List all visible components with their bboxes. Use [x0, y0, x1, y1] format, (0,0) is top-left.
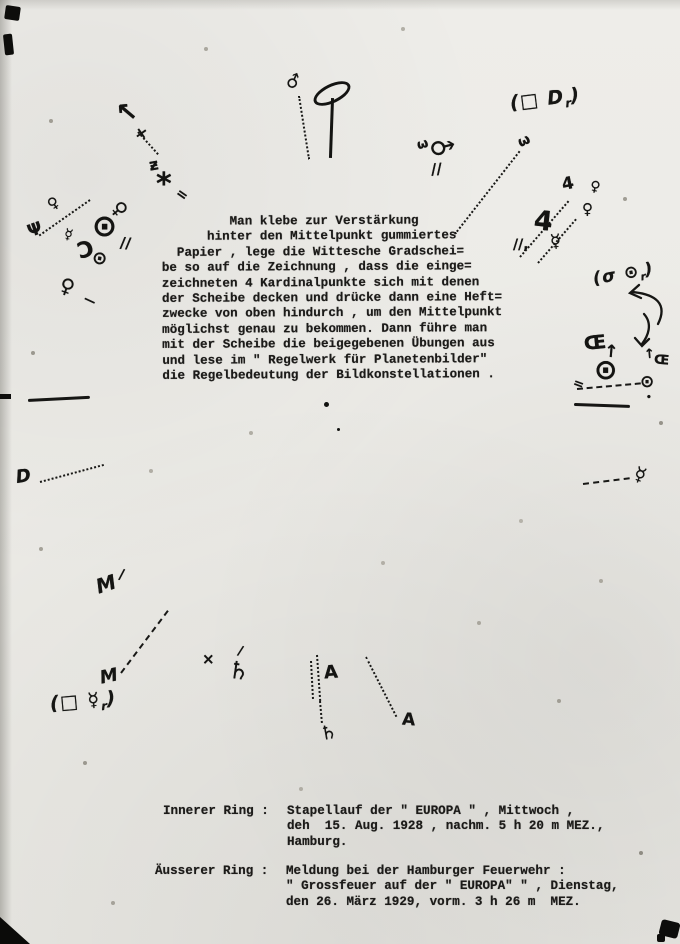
dotted-connector [40, 464, 104, 483]
hatch-strokes: = [571, 377, 586, 393]
trident-icon: Ψ [26, 220, 45, 241]
hatch-strokes: // [119, 236, 131, 252]
dotted-connector [365, 657, 397, 718]
arrow-up-left-icon: ↖ [115, 99, 139, 127]
mercury-icon: ☿ [549, 233, 562, 252]
ink-dot: • [646, 394, 652, 403]
scan-artifact-edge-mark [0, 394, 11, 399]
scan-artifact-blob [657, 934, 665, 942]
annotation-text: ) [569, 84, 582, 107]
venus-icon: ♀ [45, 194, 63, 213]
star-glyph: * [156, 170, 172, 200]
dotted-connector [319, 701, 323, 723]
sun-icon: ⊙ [640, 374, 654, 391]
sun-icon: ⊙ [594, 356, 617, 384]
annotation-text: (□ ☿ [49, 689, 102, 715]
mercury-icon: ☿ [631, 465, 648, 487]
legend-outer-text: Meldung bei der Hamburger Feuerwehr : " … [286, 864, 619, 910]
horizon-line-right [574, 403, 630, 408]
venus-icon: ♀ [589, 179, 602, 195]
mars-icon: ♂ [284, 72, 304, 93]
oe-circle-glyph: Œ [653, 353, 669, 367]
venus-icon: ♀ [57, 274, 78, 298]
mercury-icon: ☿ [62, 227, 74, 243]
dotted-connector [316, 655, 321, 701]
m-letter: M [93, 571, 118, 596]
scan-edge-shadow-left [0, 0, 12, 944]
legend-outer-label: Äusserer Ring : [155, 864, 268, 879]
saturn-icon: ♄ [318, 723, 338, 745]
cross-star-icon: × [202, 652, 215, 667]
horizon-line-left [28, 396, 90, 402]
scan-artifact-blob [4, 5, 21, 21]
scan-speckles [0, 0, 2, 2]
jupiter-glyph: 4 [560, 175, 575, 194]
hatch-strokes: // [430, 162, 442, 178]
a-letter: A [323, 664, 338, 683]
a-letter: A [401, 712, 415, 730]
scan-edge-shadow-top [0, 0, 680, 10]
ink-dot [337, 428, 340, 431]
dash-stroke: — [82, 292, 98, 308]
dotted-connector [298, 96, 310, 160]
legend-inner-label: Innerer Ring : [163, 804, 269, 819]
annotation-text: (□ D [509, 86, 566, 115]
scan-artifact-corner [0, 917, 30, 944]
scan-artifact-blob [3, 34, 14, 56]
chart-center-dot [324, 402, 329, 407]
moon-letter: D [15, 467, 32, 487]
double-dash-glyph: = [173, 186, 191, 204]
dashed-connector [120, 610, 169, 673]
mars-icon: ♂ [425, 131, 457, 164]
m-letter: M [98, 666, 119, 687]
cross-star-icon: × [134, 125, 149, 142]
dotted-connector [310, 661, 314, 699]
hatch-strokes: //, [513, 238, 529, 252]
venus-icon: ♀ [582, 202, 593, 217]
dashed-connector [583, 477, 630, 485]
annotation-square-moon: (□ Dr) [509, 86, 582, 117]
legend-inner-text: Stapellauf der " EUROPA " , Mittwoch , d… [287, 804, 604, 850]
annotation-text: ) [105, 687, 117, 710]
sun-icon: ⊙ [91, 249, 109, 269]
annotation-square-mercury: (□ ☿r) [49, 689, 118, 717]
slash-stroke: / [118, 568, 125, 583]
instruction-text: Man klebe zur Verstärkung hinter den Mit… [162, 213, 503, 384]
scanned-page: Man klebe zur Verstärkung hinter den Mit… [0, 0, 680, 944]
saturn-icon: ♄ [226, 658, 251, 685]
flag-symbol-pole [329, 98, 334, 158]
loop-glyph: ω [516, 132, 533, 150]
